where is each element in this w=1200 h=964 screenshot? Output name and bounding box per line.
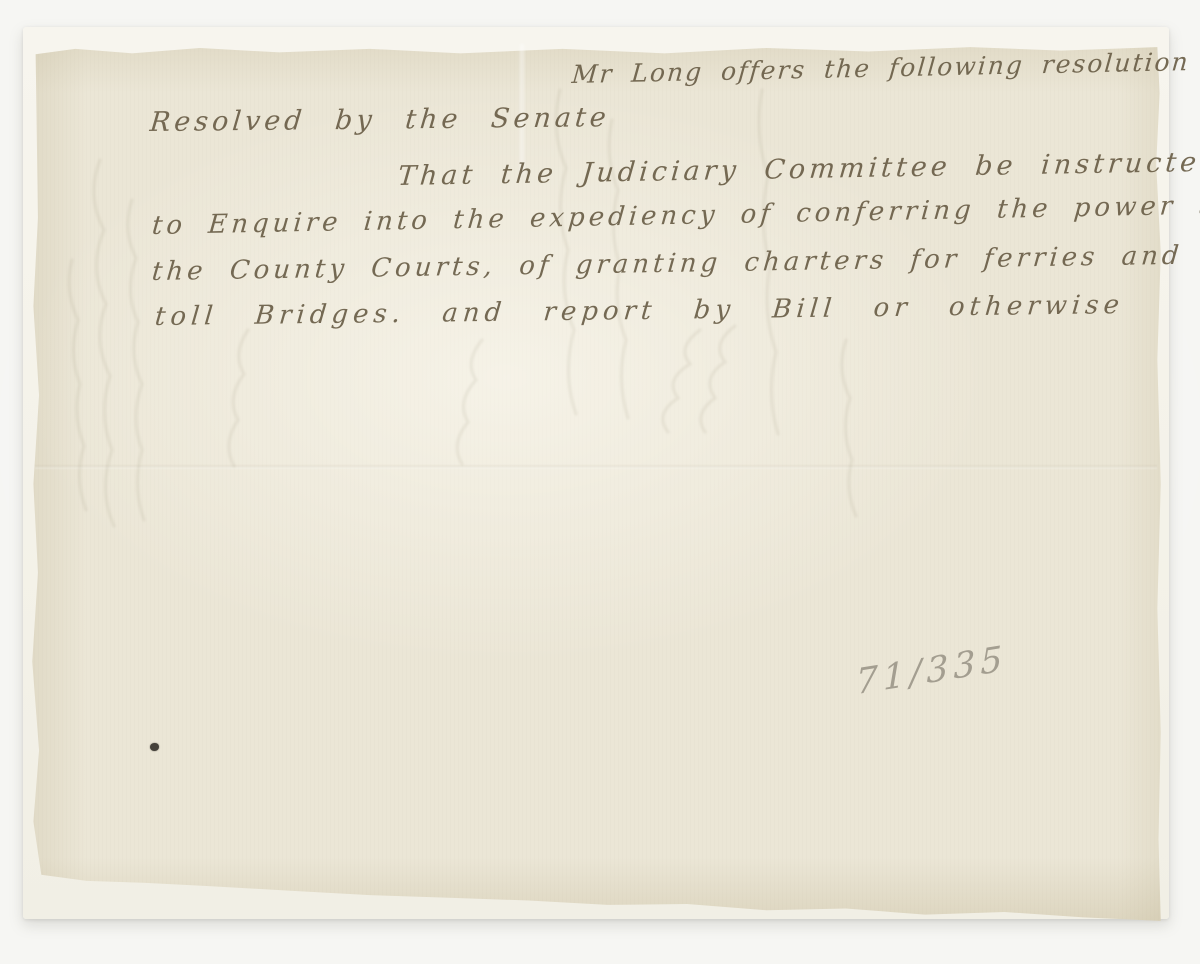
paper-crease	[35, 465, 1157, 469]
scanned-document-background: Mr Long offers the following resolution …	[0, 0, 1200, 964]
ink-blot	[150, 743, 159, 751]
handwritten-line-resolved: Resolved by the Senate	[149, 102, 612, 138]
